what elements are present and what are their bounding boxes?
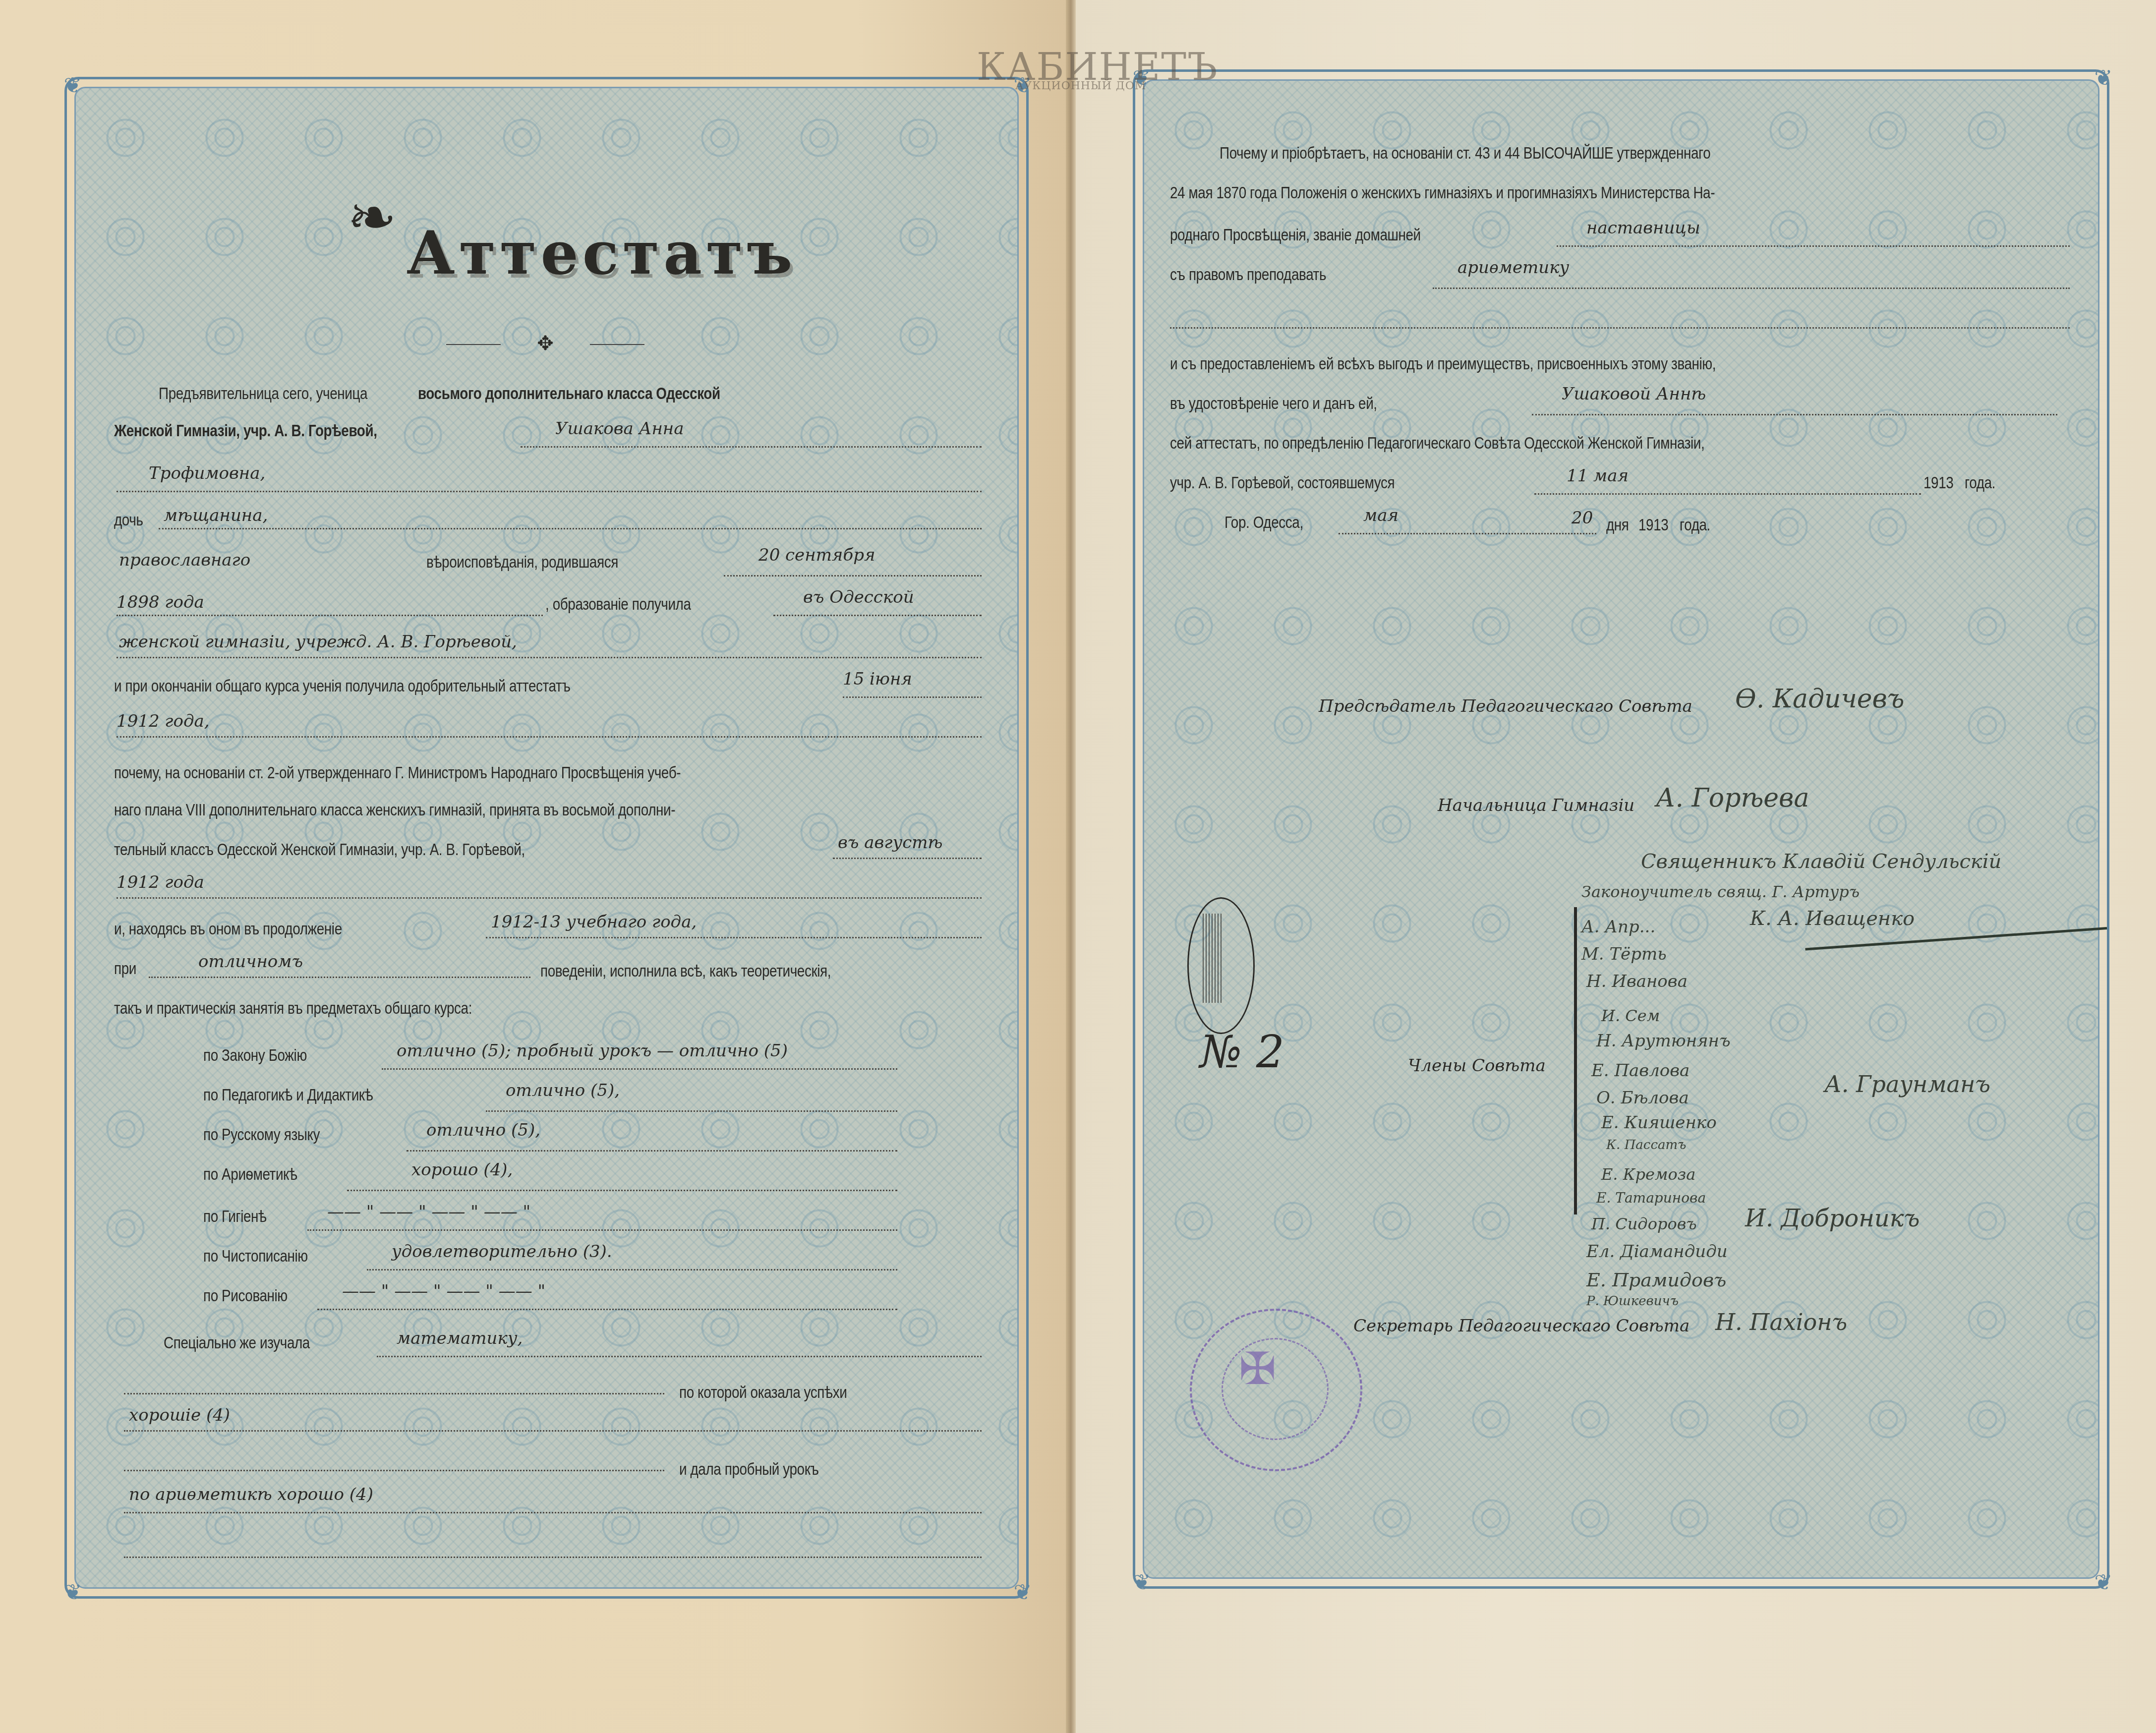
subject-row: по Ариѳметикѣ	[203, 1165, 318, 1184]
issue-line: Гор. Одесса,	[1224, 513, 1321, 532]
fill-line	[117, 615, 543, 616]
student-patronymic: Трофимовна,	[149, 463, 265, 483]
member-signature: О. Бѣлова	[1596, 1088, 1689, 1108]
cert-date: 15 іюня	[843, 669, 912, 689]
subject-label: по Педагогикѣ и Дидактикѣ	[203, 1086, 373, 1105]
member-signature: К. Пассатъ	[1606, 1138, 1686, 1153]
fill-line	[159, 528, 982, 529]
auction-watermark: КАБИНЕТЪ АУКЦИОННЫЙ ДОМ	[977, 47, 1185, 92]
admission-month: въ августѣ	[838, 833, 943, 853]
corner-ornament-icon: ❦	[61, 1581, 84, 1604]
subject-row: по Чистописанію	[203, 1247, 331, 1266]
intro-line-1: Предъявительница сего, ученица восьмого …	[159, 384, 787, 404]
fill-line	[124, 1557, 982, 1558]
member-signature: Е. Павлова	[1591, 1061, 1690, 1081]
subject-label: по Русскому языку	[203, 1125, 320, 1145]
fill-line	[486, 1110, 897, 1112]
printed-text: почему, на основаніи ст. 2-ой утвержденн…	[114, 763, 681, 783]
council-date: 11 мая	[1567, 466, 1629, 486]
double-headed-eagle-icon: ✠	[1239, 1343, 1276, 1395]
printed-bold-text: восьмого дополнительнаго класса Одесской	[418, 384, 720, 404]
chairman-label: Предсѣдатель Педагогическаго Совѣта	[1319, 696, 1692, 716]
fill-line	[1534, 493, 1921, 495]
issue-day: 20	[1572, 508, 1593, 528]
fill-line	[407, 1150, 897, 1152]
member-signature: Законоучитель свящ. Г. Артуръ	[1581, 882, 1860, 901]
fill-line	[521, 446, 982, 448]
printed-text: года.	[1965, 473, 1995, 493]
special-label: Спеціально же изучала	[164, 1333, 342, 1353]
intro-line-6: и при окончаніи общаго курса ученія полу…	[114, 677, 670, 696]
secretary-signature: Н. Пахіонъ	[1715, 1309, 1847, 1335]
birth-date: 20 сентября	[758, 545, 875, 565]
headmistress-label: Начальница Гимназіи	[1438, 796, 1634, 815]
intro-line-9: тельный классъ Одесской Женской Гимназіи…	[114, 840, 615, 860]
corner-ornament-icon: ❦	[2092, 1571, 2115, 1594]
member-signature: Н. Иванова	[1586, 972, 1688, 991]
fill-line	[124, 1512, 982, 1513]
printed-text: 24 мая 1870 года Положенія о женскихъ ги…	[1170, 183, 1715, 203]
member-signature: Е. Кремоза	[1601, 1165, 1695, 1184]
fill-line	[843, 696, 982, 698]
member-signature: Е. Татаринова	[1596, 1190, 1706, 1206]
special-subject: математику,	[397, 1329, 523, 1348]
right-line-5: и съ предоставленіемъ ей всѣхъ выгодъ и …	[1170, 354, 1836, 374]
fill-line	[773, 615, 982, 616]
subject-label: по Закону Божію	[203, 1046, 307, 1065]
right-line-6: въ удостовѣреніе чего и данъ ей,	[1170, 394, 1422, 413]
margin-number: № 2	[1200, 1026, 1284, 1078]
right-line-7: сей аттестатъ, по опредѣленію Педагогиче…	[1170, 434, 1822, 453]
title-divider-ornament-icon: ✥	[446, 332, 644, 355]
fill-line	[307, 1229, 897, 1231]
official-seal-stamp: ✠	[1190, 1309, 1362, 1471]
member-signature: И. Сем	[1601, 1006, 1660, 1025]
subject-grade: удовлетворительно (3).	[392, 1242, 612, 1262]
intro-line-8: наго плана VIII дополнительнаго класса ж…	[114, 801, 799, 820]
printed-text: дня	[1606, 516, 1629, 535]
fill-line	[382, 1068, 897, 1070]
special-progress: хорошіе (4)	[129, 1405, 230, 1425]
right-line-3: роднаго Просвѣщенія, званіе домашней	[1170, 226, 1476, 245]
corner-ornament-icon: ❦	[2092, 67, 2115, 90]
corner-ornament-icon: ❦	[1011, 1581, 1034, 1604]
conduct-grade: отличномъ	[198, 952, 303, 972]
subject-grade: —— " —— " —— " —— "	[342, 1281, 545, 1301]
fill-line	[1557, 245, 2070, 247]
member-signature: Е. Кияшенко	[1601, 1113, 1717, 1133]
printed-text: поведеніи, исполнила всѣ, какъ теоретиче…	[540, 962, 831, 981]
school-name: Женской Гимназіи, учр. А. В. Горѣевой,	[114, 421, 377, 441]
corner-ornament-icon: ❦	[1130, 1571, 1153, 1594]
admission-year: 1912 года	[117, 872, 204, 892]
fill-line	[1170, 327, 2070, 329]
member-signature: К. А. Иващенко	[1750, 907, 1915, 930]
student-estate: мѣщанина,	[164, 506, 268, 525]
fill-line	[347, 1190, 897, 1191]
printed-text: дочь	[114, 511, 143, 530]
year-value: 1913	[1923, 473, 1953, 493]
member-signature: М. Тёрть	[1581, 944, 1667, 964]
subject-label: по Гигіенѣ	[203, 1207, 267, 1226]
right-line-8: учр. А. В. Горѣевой, состоявшемуся	[1170, 473, 1444, 493]
council-year: 1913 года.	[1923, 473, 2002, 493]
fill-line	[486, 937, 982, 938]
education-place: въ Одесской	[803, 587, 914, 607]
printed-text: и при окончаніи общаго курса ученія полу…	[114, 677, 570, 696]
year-value: 1913	[1638, 516, 1668, 535]
intro-line-5: , образованіе получила	[545, 595, 723, 614]
member-signature: Священникъ Клавдій Сендульскій	[1641, 850, 2001, 873]
cert-year: 1912 года,	[117, 711, 210, 731]
recipient-name: Ушаковой Аннѣ	[1562, 384, 1706, 404]
right-line-1: Почему и пріобрѣтаетъ, на основаніи ст. …	[1220, 144, 1818, 163]
fill-line	[1433, 288, 2070, 289]
subject-row: по Закону Божію	[203, 1046, 330, 1065]
student-religion: православнаго	[119, 550, 250, 570]
printed-text: года.	[1680, 516, 1710, 535]
special-lesson: по ариѳметикѣ хорошо (4)	[129, 1485, 373, 1504]
printed-text: по которой оказала успѣхи	[679, 1383, 847, 1402]
printed-text: и, находясь въ оном въ продолженіе	[114, 920, 342, 939]
subject-grade: отлично (5); пробный урокъ — отлично (5)	[397, 1041, 788, 1061]
subject-grade: хорошо (4),	[411, 1160, 513, 1180]
fill-line	[124, 1470, 664, 1471]
fill-line	[117, 736, 982, 738]
printed-text: и дала пробный урокъ	[679, 1460, 819, 1479]
title-block: ❧ Аттестатъ ✥	[347, 188, 773, 352]
member-signature: П. Сидоровъ	[1591, 1214, 1697, 1233]
education-place-cont: женской гимназіи, учрежд. А. В. Горѣевой…	[119, 632, 517, 652]
page-fold	[1066, 0, 1076, 1733]
member-signature: Е. Прамидовъ	[1586, 1269, 1726, 1291]
title-flourish-icon: ❧	[347, 188, 397, 248]
fill-line	[117, 897, 982, 899]
subject-row: по Русскому языку	[203, 1125, 346, 1145]
member-signature: Р. Юшкевичъ	[1586, 1294, 1679, 1309]
student-name: Ушакова Анна	[555, 419, 684, 439]
printed-text: Спеціально же изучала	[164, 1333, 310, 1353]
subject-grade: отлично (5),	[506, 1081, 620, 1100]
printed-text: , образованіе получила	[545, 595, 691, 614]
member-signature: Н. Арутюнянъ	[1596, 1031, 1731, 1051]
fill-line	[117, 491, 982, 492]
subject-row: по Гигіенѣ	[203, 1207, 281, 1226]
right-line-2: 24 мая 1870 года Положенія о женскихъ ги…	[1170, 183, 1834, 203]
teaching-subject: ариѳметику	[1457, 258, 1569, 278]
right-line-4: съ правомъ преподавать	[1170, 265, 1360, 285]
intro-line-3: дочь	[114, 511, 149, 530]
subject-grade: —— " —— " —— " —— "	[327, 1202, 530, 1222]
member-signature: Ел. Діамандиди	[1586, 1242, 1728, 1262]
fill-line	[149, 977, 530, 978]
margin-registry-mark	[1187, 897, 1255, 1034]
printed-text: учр. А. В. Горѣевой, состоявшемуся	[1170, 473, 1395, 493]
members-brace	[1574, 907, 1577, 1214]
printed-text: сей аттестатъ, по опредѣленію Педагогиче…	[1170, 434, 1704, 453]
fill-line	[317, 1309, 897, 1310]
member-signature: А. Апр...	[1581, 917, 1655, 937]
secretary-label: Секретарь Педагогическаго Совѣта	[1353, 1316, 1690, 1336]
fill-line	[1339, 533, 1596, 534]
issue-month: мая	[1363, 506, 1398, 525]
member-signature: А. Граунманъ	[1824, 1071, 1990, 1098]
members-label: Члены Совѣта	[1408, 1056, 1546, 1076]
subject-grade: отлично (5),	[426, 1120, 540, 1140]
subject-row: по Педагогикѣ и Дидактикѣ	[203, 1086, 410, 1105]
printed-text: съ правомъ преподавать	[1170, 265, 1326, 285]
lesson-label: и дала пробный урокъ	[679, 1460, 849, 1479]
intro-line-12: поведеніи, исполнила всѣ, какъ теоретиче…	[540, 962, 895, 981]
fill-line	[124, 1393, 664, 1394]
printed-text: наго плана VIII дополнительнаго класса ж…	[114, 801, 675, 820]
intro-line-11: при	[114, 959, 141, 979]
fill-line	[124, 1430, 982, 1432]
document-title: Аттестатъ	[407, 218, 796, 288]
fill-line	[833, 858, 982, 859]
hatch-mark-icon	[1203, 914, 1223, 1003]
granted-title: наставницы	[1586, 218, 1700, 238]
fill-line	[1532, 414, 2057, 415]
fill-line	[377, 1356, 982, 1357]
subject-label: по Чистописанію	[203, 1247, 308, 1266]
subject-row: по Рисованію	[203, 1286, 306, 1306]
intro-line-4: вѣроисповѣданія, родившаяся	[426, 553, 660, 572]
intro-line-7: почему, на основаніи ст. 2-ой утвержденн…	[114, 763, 805, 783]
printed-text: тельный классъ Одесской Женской Гимназіи…	[114, 840, 525, 860]
corner-ornament-icon: ❦	[61, 74, 84, 97]
progress-label: по которой оказала успѣхи	[679, 1383, 884, 1402]
fill-line	[367, 1269, 897, 1271]
printed-text: вѣроисповѣданія, родившаяся	[426, 553, 618, 572]
printed-text: такъ и практическія занятія въ предметах…	[114, 999, 472, 1018]
intro-line-10: и, находясь въ оном въ продолженіе	[114, 920, 392, 939]
headmistress-signature: А. Горѣева	[1656, 783, 1809, 813]
printed-text: Предъявительница сего, ученица	[159, 384, 367, 404]
printed-text: въ удостовѣреніе чего и данъ ей,	[1170, 394, 1377, 413]
subject-label: по Рисованію	[203, 1286, 288, 1306]
issue-day-label: дня 1913 года.	[1606, 516, 1717, 535]
printed-text: при	[114, 959, 136, 979]
intro-line-13: такъ и практическія занятія въ предметах…	[114, 999, 551, 1018]
fill-line	[117, 657, 982, 658]
city-label: Гор. Одесса,	[1224, 513, 1303, 532]
printed-text: Почему и пріобрѣтаетъ, на основаніи ст. …	[1220, 144, 1710, 163]
member-signature: И. Доброникъ	[1745, 1205, 1920, 1232]
printed-text: роднаго Просвѣщенія, званіе домашней	[1170, 226, 1421, 245]
chairman-signature: Ѳ. Кадичевъ	[1735, 684, 1904, 714]
birth-year: 1898 года	[117, 592, 204, 612]
school-year: 1912-13 учебнаго года,	[491, 912, 697, 932]
intro-line-2: Женской Гимназіи, учр. А. В. Горѣевой,	[114, 421, 435, 441]
subject-label: по Ариѳметикѣ	[203, 1165, 297, 1184]
printed-text: и съ предоставленіемъ ей всѣхъ выгодъ и …	[1170, 354, 1716, 374]
fill-line	[724, 575, 982, 577]
